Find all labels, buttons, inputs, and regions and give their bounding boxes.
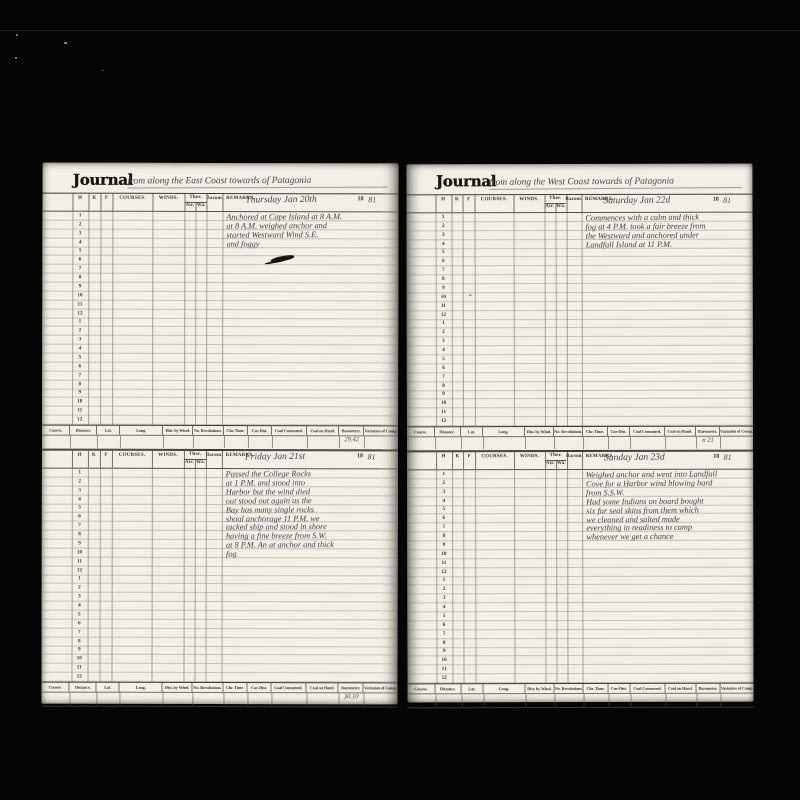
hour-label: 10 <box>77 550 82 555</box>
journal-route-script: from along the East Coast towards of Pat… <box>128 176 388 189</box>
hour-label: 11 <box>442 667 447 672</box>
column-rule <box>100 451 101 468</box>
summary-col-label: Course. <box>41 683 69 692</box>
col-header-h: H <box>78 453 82 458</box>
hour-label: 1 <box>79 320 82 325</box>
column-rule <box>222 451 223 468</box>
column-rule <box>665 694 666 706</box>
hour-label: 4 <box>78 497 81 502</box>
year-printed: 18 <box>357 453 363 459</box>
col-header-courses: COURSES. <box>481 454 507 459</box>
hour-label: 6 <box>443 623 446 628</box>
summary-col-label: Barometer. <box>339 683 364 692</box>
hour-label: 11 <box>77 409 82 414</box>
hour-label: 4 <box>78 603 81 608</box>
daily-summary-band: Course.Distance.Lat.Long.Dist. by Wind.N… <box>42 425 398 451</box>
hour-label: 10 <box>77 657 82 662</box>
hour-label: 12 <box>441 419 446 424</box>
column-rule <box>272 436 273 448</box>
hour-label: 9 <box>78 648 81 653</box>
column-rule <box>364 436 365 448</box>
hour-label: 7 <box>79 373 82 378</box>
hour-label: 10 <box>441 295 446 300</box>
hour-label: 3 <box>443 596 446 601</box>
col-header-ther-water: Wa. <box>556 204 565 209</box>
column-rule <box>88 194 89 211</box>
hour-label: 3 <box>78 488 81 493</box>
hour-label: 9 <box>443 649 446 654</box>
hour-label: 11 <box>77 559 82 564</box>
hour-label: 1 <box>79 213 82 218</box>
column-rule <box>207 194 208 211</box>
daily-summary-band: Course.Distance.Lat.Long.Dist. by Wind.N… <box>408 683 754 709</box>
column-rule <box>339 693 340 705</box>
summary-col-label: Dist. by Wind. <box>525 684 554 693</box>
hour-label: 9 <box>443 543 446 548</box>
hour-label: 4 <box>443 605 446 610</box>
log-table-thursday: H K F COURSES. WINDS. Ther. Air. Wa. Bar… <box>42 193 399 451</box>
hour-label: 4 <box>79 346 82 351</box>
hour-label: 11 <box>441 304 446 309</box>
summary-value-row: 30.10 <box>41 693 397 706</box>
hour-label: 9 <box>442 286 445 291</box>
year-script: 81 <box>723 196 731 205</box>
summary-value-row <box>408 694 754 707</box>
hour-log-grid: Passed the College Rocksat 1 P.M. and st… <box>41 469 397 683</box>
hour-label: 2 <box>443 587 446 592</box>
col-header-ther: Ther. <box>550 453 562 458</box>
summary-col-label: Lat. <box>461 427 484 436</box>
col-header-ther-water: Wa. <box>557 461 566 466</box>
col-header-courses: COURSES. <box>119 453 145 458</box>
summary-col-label: Coal Consumed. <box>271 683 307 692</box>
summary-col-label: Coal on Hand. <box>307 683 339 692</box>
col-header-ther: Ther. <box>189 195 201 200</box>
col-header-k: K <box>455 197 459 202</box>
daily-summary-band: Course.Distance.Lat.Long.Dist. by Wind.N… <box>41 682 397 708</box>
hour-label: 10 <box>442 658 447 663</box>
col-header-h: H <box>441 197 445 202</box>
col-header-f: F <box>104 453 107 458</box>
hour-log-grid: Weighed anchor and went into LandfallCov… <box>407 470 753 684</box>
column-rule <box>206 451 207 468</box>
hour-label: 6 <box>442 259 445 264</box>
summary-col-label: Distance. <box>435 427 461 436</box>
page-title-row: Journal from along the West Coast toward… <box>406 164 752 195</box>
entry-date-script: Thursday Jan 20th <box>245 195 316 206</box>
column-rule <box>152 194 153 211</box>
journal-title: Journal <box>436 172 496 190</box>
summary-col-label: Variation of Comp. <box>364 426 398 435</box>
scan-artifact-line <box>0 30 800 31</box>
summary-col-label: Lat. <box>97 683 120 692</box>
summary-col-label: Distance. <box>435 684 461 693</box>
summary-col-label: Dist. by Wind. <box>163 426 193 435</box>
entry-date-script: Sunday Jan 23d <box>604 453 665 464</box>
hour-label: 5 <box>443 614 446 619</box>
column-rule <box>72 451 73 468</box>
column-rule <box>112 451 113 468</box>
hour-label: 2 <box>78 586 81 591</box>
journal-page-right: Journal from along the West Coast toward… <box>406 164 753 703</box>
column-rule <box>163 436 164 448</box>
column-rule <box>484 694 485 706</box>
hour-label: 8 <box>79 382 82 387</box>
hour-label: 3 <box>442 490 445 495</box>
hour-label: 6 <box>79 364 82 369</box>
hour-label: 4 <box>79 240 82 245</box>
column-rule <box>97 693 98 705</box>
col-header-k: K <box>92 453 96 458</box>
hour-label: 6 <box>442 366 445 371</box>
hour-label: 8 <box>442 277 445 282</box>
year-script: 81 <box>368 195 376 204</box>
column-rule <box>364 693 365 705</box>
column-rule <box>566 195 567 212</box>
journal-route-script: from along the West Coast towards of Pat… <box>489 176 742 190</box>
col-header-ther: Ther. <box>189 452 201 457</box>
hour-label: 9 <box>79 391 82 396</box>
hour-label: 8 <box>443 534 446 539</box>
summary-col-label: Coal Consumed. <box>631 684 666 693</box>
summary-col-label: Cur-Dist. <box>248 683 271 692</box>
column-rule <box>554 437 555 449</box>
year-printed: 18 <box>358 196 364 202</box>
column-rule <box>193 436 194 448</box>
column-rule <box>630 437 631 449</box>
page-title-row: Journal from along the East Coast toward… <box>43 163 399 194</box>
hour-label: 7 <box>78 524 81 529</box>
hour-label: 1 <box>78 577 81 582</box>
col-header-barom: Barom. <box>566 454 583 459</box>
hour-log-grid: Commences with a calm and thickfog at 4 … <box>407 213 753 427</box>
column-rule <box>525 437 526 449</box>
col-header-courses: COURSES. <box>481 197 507 202</box>
column-rule <box>525 694 526 706</box>
hour-label: 9 <box>79 284 82 289</box>
column-rule <box>307 436 308 448</box>
entry-date-script: Saturday Jan 22d <box>604 195 671 206</box>
hour-label: 2 <box>79 222 82 227</box>
hour-label: 10 <box>441 401 446 406</box>
hour-label: 7 <box>78 630 81 635</box>
hour-label: 12 <box>442 676 447 681</box>
summary-col-label: No. Revolutions. <box>193 426 223 435</box>
barometer-value-script: n 21 <box>696 437 720 444</box>
hour-label: 12 <box>77 568 82 573</box>
col-header-winds: WINDS. <box>158 453 177 458</box>
column-rule <box>196 202 197 211</box>
hour-label: 11 <box>441 410 446 415</box>
summary-col-label: Variation of Comp. <box>721 684 754 693</box>
scan-speck <box>16 34 18 36</box>
column-rule <box>475 195 476 212</box>
column-rule <box>555 203 556 212</box>
year-printed: 18 <box>713 454 719 460</box>
summary-col-label: No. Revolutions. <box>193 683 223 692</box>
hour-label: 10 <box>77 400 82 405</box>
year-printed: 18 <box>713 197 719 203</box>
column-rule <box>631 694 632 706</box>
hour-label: 9 <box>442 392 445 397</box>
column-rule <box>248 436 249 448</box>
column-rule <box>339 436 340 448</box>
summary-col-label: Cur-Dist. <box>608 684 631 693</box>
summary-col-label: Distance. <box>70 426 97 435</box>
col-header-ther-water: Wa. <box>196 460 205 465</box>
hour-label: 3 <box>442 339 445 344</box>
scan-speck <box>102 70 104 71</box>
hour-label: 1 <box>442 472 445 477</box>
summary-col-label: Lat. <box>461 684 484 693</box>
year-script: 81 <box>724 453 732 462</box>
hour-label: 5 <box>78 506 81 511</box>
column-rule <box>721 694 722 706</box>
hour-label: 2 <box>442 330 445 335</box>
hour-label: 8 <box>79 275 82 280</box>
summary-value-row: n 21 <box>407 437 753 450</box>
hour-log-grid: Anchored at Cape Island at 8 A.M.at 8 A.… <box>42 212 398 426</box>
hour-label: 8 <box>443 641 446 646</box>
col-header-f: F <box>467 197 470 202</box>
year-script: 81 <box>368 452 376 461</box>
col-header-h: H <box>442 454 446 459</box>
log-table-friday: H K F COURSES. WINDS. Ther. Air. Wa. Bar… <box>41 450 398 708</box>
column-rule <box>70 693 71 705</box>
column-rule <box>100 194 101 211</box>
hour-label: 3 <box>78 595 81 600</box>
hour-label: 5 <box>442 250 445 255</box>
hour-label: 4 <box>443 499 446 504</box>
column-rule <box>97 436 98 448</box>
column-rule <box>120 693 121 705</box>
column-rule <box>514 452 515 469</box>
summary-col-label: Variation of Comp. <box>720 427 753 436</box>
column-rule <box>463 452 464 469</box>
column-rule <box>224 436 225 448</box>
hour-label: 2 <box>78 479 81 484</box>
col-header-ther: Ther. <box>549 196 561 201</box>
summary-col-label: Coal Consumed. <box>630 427 665 436</box>
column-rule <box>608 694 609 706</box>
column-rule <box>545 195 546 212</box>
summary-col-label: Coal on Hand. <box>307 426 339 435</box>
summary-col-label: Course. <box>408 684 436 693</box>
summary-col-label: Barometer. <box>696 684 720 693</box>
hour-label: 2 <box>442 481 445 486</box>
log-table-sunday: H K F COURSES. WINDS. Ther. Air. Wa. Bar… <box>407 451 754 709</box>
col-header-f: F <box>105 196 108 201</box>
hour-label: 10 <box>77 293 82 298</box>
column-rule <box>463 195 464 212</box>
col-header-h: H <box>78 196 82 201</box>
hour-label: 6 <box>443 516 446 521</box>
summary-col-label: Chr. Time. <box>583 427 607 436</box>
hour-label: 10 <box>441 552 446 557</box>
hour-label: 9 <box>78 541 81 546</box>
column-rule <box>475 452 476 469</box>
summary-col-label: Chr. Time. <box>223 683 248 692</box>
column-rule <box>461 694 462 706</box>
col-header-courses: COURSES. <box>119 196 145 201</box>
hour-label: 7 <box>443 632 446 637</box>
log-table-saturday: H K F COURSES. WINDS. Ther. Air. Wa. Bar… <box>406 194 753 452</box>
summary-col-label: Coal on Hand. <box>665 427 696 436</box>
hour-label: 2 <box>79 329 82 334</box>
hour-label: 7 <box>443 525 446 530</box>
column-rule <box>696 694 697 706</box>
column-rule <box>584 694 585 706</box>
column-rule <box>608 437 609 449</box>
col-header-winds: WINDS. <box>519 197 538 202</box>
summary-col-label: Barometer. <box>339 426 364 435</box>
hour-label: 1 <box>443 578 446 583</box>
table-header-row: H K F COURSES. WINDS. Ther. Air. Wa. Bar… <box>42 193 398 213</box>
column-rule <box>483 437 484 449</box>
column-rule <box>461 437 462 449</box>
hour-label: 1 <box>442 321 445 326</box>
hour-label: 7 <box>442 268 445 273</box>
summary-col-label: Barometer. <box>696 427 720 436</box>
column-rule <box>567 452 568 469</box>
column-rule <box>555 694 556 706</box>
hour-label: 5 <box>443 507 446 512</box>
column-rule <box>307 693 308 705</box>
hour-label: 3 <box>442 233 445 238</box>
hour-label: 1 <box>442 215 445 220</box>
barometer-value-script: 29.42 <box>339 436 364 443</box>
col-header-f: F <box>468 454 471 459</box>
journal-page-left: Journal from along the East Coast toward… <box>41 163 398 705</box>
summary-value-row: 29.42 <box>42 436 398 449</box>
summary-col-label: No. Revolutions. <box>555 684 584 693</box>
hour-label: 6 <box>78 515 81 520</box>
summary-col-label: Coal on Hand. <box>665 684 696 693</box>
summary-col-label: Chr. Time. <box>584 684 608 693</box>
col-header-k: K <box>456 454 460 459</box>
column-rule <box>223 693 224 705</box>
summary-col-label: Distance. <box>70 683 97 692</box>
hour-label: 5 <box>442 357 445 362</box>
scan-speck <box>64 42 67 44</box>
column-rule <box>513 195 514 212</box>
column-rule <box>70 436 71 448</box>
table-header-row: H K F COURSES. WINDS. Ther. Air. Wa. Bar… <box>407 451 753 471</box>
column-rule <box>720 437 721 449</box>
hour-label: 12 <box>77 674 82 679</box>
column-rule <box>120 436 121 448</box>
table-header-row: H K F COURSES. WINDS. Ther. Air. Wa. Bar… <box>42 450 398 470</box>
column-rule <box>696 437 697 449</box>
summary-col-label: Chr. Time. <box>223 426 248 435</box>
column-rule <box>435 437 436 449</box>
hour-label: 5 <box>79 249 82 254</box>
hour-label: 1 <box>78 470 81 475</box>
hour-label: 2 <box>442 224 445 229</box>
column-rule <box>545 452 546 469</box>
hour-label: 8 <box>442 384 445 389</box>
summary-col-label: Coal Consumed. <box>272 426 308 435</box>
table-header-row: H K F COURSES. WINDS. Ther. Air. Wa. Bar… <box>406 194 752 214</box>
summary-col-label: Dist. by Wind. <box>162 683 192 692</box>
summary-col-label: Variation of Comp. <box>364 683 398 692</box>
summary-col-label: Long. <box>484 684 526 693</box>
column-rule <box>582 452 583 469</box>
col-header-winds: WINDS. <box>520 454 539 459</box>
col-header-ther-air: Air. <box>185 460 194 465</box>
hour-label: 3 <box>79 231 82 236</box>
column-rule <box>451 195 452 212</box>
column-rule <box>248 693 249 705</box>
scan-speck <box>15 57 17 59</box>
summary-col-label: Cur-Dist. <box>608 427 631 436</box>
col-header-ther-water: Wa. <box>197 203 206 208</box>
column-rule <box>162 693 163 705</box>
hour-label: 4 <box>442 348 445 353</box>
column-rule <box>271 693 272 705</box>
col-header-ther-air: Air. <box>545 204 554 209</box>
hour-label: 6 <box>78 621 81 626</box>
hour-label: 12 <box>441 570 446 575</box>
summary-col-label: Course. <box>42 426 70 435</box>
column-rule <box>223 194 224 211</box>
hour-label: 4 <box>442 242 445 247</box>
hour-label: 6 <box>79 258 82 263</box>
col-header-barom: Barom. <box>565 197 582 202</box>
hour-label: 7 <box>79 267 82 272</box>
hour-label: 7 <box>442 375 445 380</box>
hour-label: 11 <box>441 561 446 566</box>
column-rule <box>436 195 437 212</box>
column-rule <box>583 437 584 449</box>
journal-title: Journal <box>73 171 133 189</box>
column-rule <box>193 693 194 705</box>
summary-col-label: Dist. by Wind. <box>525 427 554 436</box>
col-header-barom: Barom. <box>206 453 223 458</box>
hour-label: 12 <box>77 417 82 422</box>
column-rule <box>88 451 89 468</box>
column-rule <box>556 460 557 469</box>
column-rule <box>435 694 436 706</box>
col-header-ther-air: Air. <box>546 461 555 466</box>
col-header-ther-air: Air. <box>185 203 194 208</box>
hour-label: 3 <box>79 338 82 343</box>
summary-col-label: Long. <box>483 427 525 436</box>
col-header-barom: Barom. <box>206 196 223 201</box>
column-rule <box>436 452 437 469</box>
hour-label: 12 <box>77 311 82 316</box>
summary-col-label: Course. <box>407 427 435 436</box>
summary-col-label: Lat. <box>97 426 120 435</box>
daily-summary-band: Course.Distance.Lat.Long.Dist. by Wind.N… <box>407 426 753 452</box>
summary-col-label: Long. <box>120 426 163 435</box>
hour-label: 5 <box>78 612 81 617</box>
summary-col-label: Long. <box>120 683 163 692</box>
column-rule <box>452 452 453 469</box>
barometer-value-script: 30.10 <box>339 693 364 700</box>
hour-label: 8 <box>78 639 81 644</box>
column-rule <box>665 437 666 449</box>
hour-label: 5 <box>79 355 82 360</box>
hour-label: 11 <box>77 666 82 671</box>
hour-label: 11 <box>78 302 83 307</box>
entry-date-script: Friday Jan 21st <box>245 452 305 463</box>
column-rule <box>72 194 73 211</box>
hour-label: 8 <box>78 532 81 537</box>
summary-col-label: No. Revolutions. <box>554 427 583 436</box>
col-header-k: K <box>92 196 96 201</box>
column-rule <box>184 194 185 211</box>
